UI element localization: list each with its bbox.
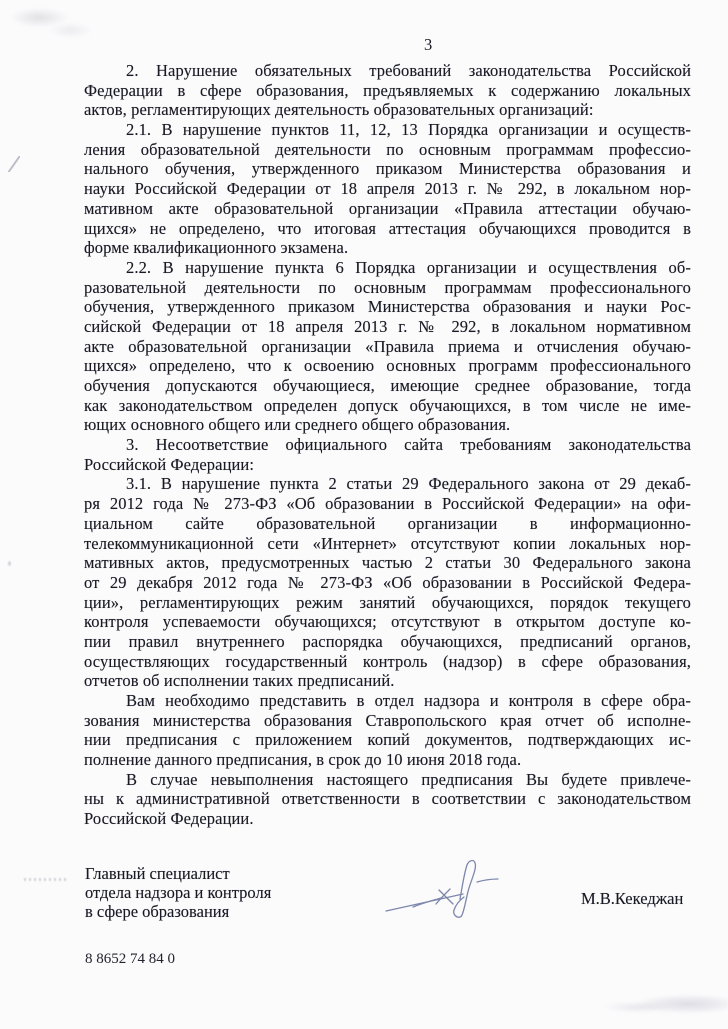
text-line: мативных актов, предусмотренных частью 2… (84, 553, 691, 573)
text-line: 3. Несоответствие официального сайта тре… (84, 435, 691, 455)
text-line: акте образовательной организации «Правил… (84, 337, 691, 357)
signature-position-block: Главный специалист отдела надзора и конт… (85, 865, 271, 921)
text-line: ющих основного общего или среднего общег… (84, 415, 691, 435)
text-line: контроля успеваемости обучающихся; отсут… (84, 612, 691, 632)
text-line: Российской Федерации: (84, 455, 691, 475)
text-line: разовательной деятельности по основным п… (84, 278, 691, 298)
text-line: сийской Федерации от 18 апреля 2013 г. №… (84, 317, 691, 337)
text-line: осуществляющих государственный контроль … (84, 652, 691, 672)
text-line: Российской Федерации. (84, 809, 691, 829)
text-line: форме квалификационного экзамена. (84, 238, 691, 258)
text-line: Федерации в сфере образования, предъявля… (84, 81, 691, 101)
text-line: полнение данного предписания, в срок до … (84, 750, 691, 770)
text-line: ции», регламентирующих режим занятий обу… (84, 593, 691, 613)
scanned-document-page: 3 2. Нарушение обязательных требований з… (0, 0, 728, 1029)
signer-name: М.В.Кекеджан (581, 889, 683, 908)
text-line: зования министерства образования Ставроп… (84, 711, 691, 731)
text-line: нального обучения, утвержденного приказо… (84, 159, 691, 179)
text-line: 2. Нарушение обязательных требований зак… (84, 61, 691, 81)
text-line: щихся» не определено, что итоговая аттес… (84, 219, 691, 239)
text-line: циальном сайте образовательной организац… (84, 514, 691, 534)
text-line: отчетов об исполнении таких предписаний. (84, 671, 691, 691)
document-body: 2. Нарушение обязательных требований зак… (84, 61, 691, 829)
signature-strokes (386, 861, 498, 918)
scan-smudge-top-left (12, 5, 90, 41)
text-line: ря 2012 года № 273-ФЗ «Об образовании в … (84, 494, 691, 514)
text-line: от 29 декабря 2012 года № 273-ФЗ «Об обр… (84, 573, 691, 593)
text-line: нии предписания с приложением копий доку… (84, 730, 691, 750)
scan-dotted-artifact (24, 878, 66, 881)
signer-position-line: в сфере образования (85, 903, 271, 922)
text-line: обучения, утвержденного приказом Министе… (84, 297, 691, 317)
text-line: Вам необходимо представить в отдел надзо… (84, 691, 691, 711)
footer-phone-number: 8 8652 74 84 0 (85, 950, 175, 968)
text-line: как законодательством определен допуск о… (84, 396, 691, 416)
text-line: обучения допускаются обучающиеся, имеющи… (84, 376, 691, 396)
text-line: 3.1. В нарушение пункта 2 статьи 29 Феде… (84, 474, 691, 494)
scan-smudge-bottom-right (598, 988, 728, 1020)
text-line: 2.2. В нарушение пункта 6 Порядка органи… (84, 258, 691, 278)
signer-position-line: отдела надзора и контроля (85, 884, 271, 903)
text-line: 2.1. В нарушение пунктов 11, 12, 13 Поря… (84, 120, 691, 140)
text-line: щихся» определено, что к освоению основн… (84, 356, 691, 376)
text-line: пии правил внутреннего распорядка обучаю… (84, 632, 691, 652)
page-number: 3 (424, 35, 432, 54)
scan-speck-left-edge (7, 560, 12, 567)
text-line: ны к административной ответственности в … (84, 789, 691, 809)
text-line: В случае невыполнения настоящего предпис… (84, 770, 691, 790)
text-line: мативном акте образовательной организаци… (84, 199, 691, 219)
text-line: актов, регламентирующих деятельность обр… (84, 100, 691, 120)
text-line: науки Российской Федерации от 18 апреля … (84, 179, 691, 199)
handwritten-signature (373, 852, 508, 924)
text-line: телекоммуникационной сети «Интернет» отс… (84, 534, 691, 554)
scan-mark-left-edge (8, 156, 20, 172)
signer-position-line: Главный специалист (85, 865, 271, 884)
text-line: ления образовательной деятельности по ос… (84, 140, 691, 160)
